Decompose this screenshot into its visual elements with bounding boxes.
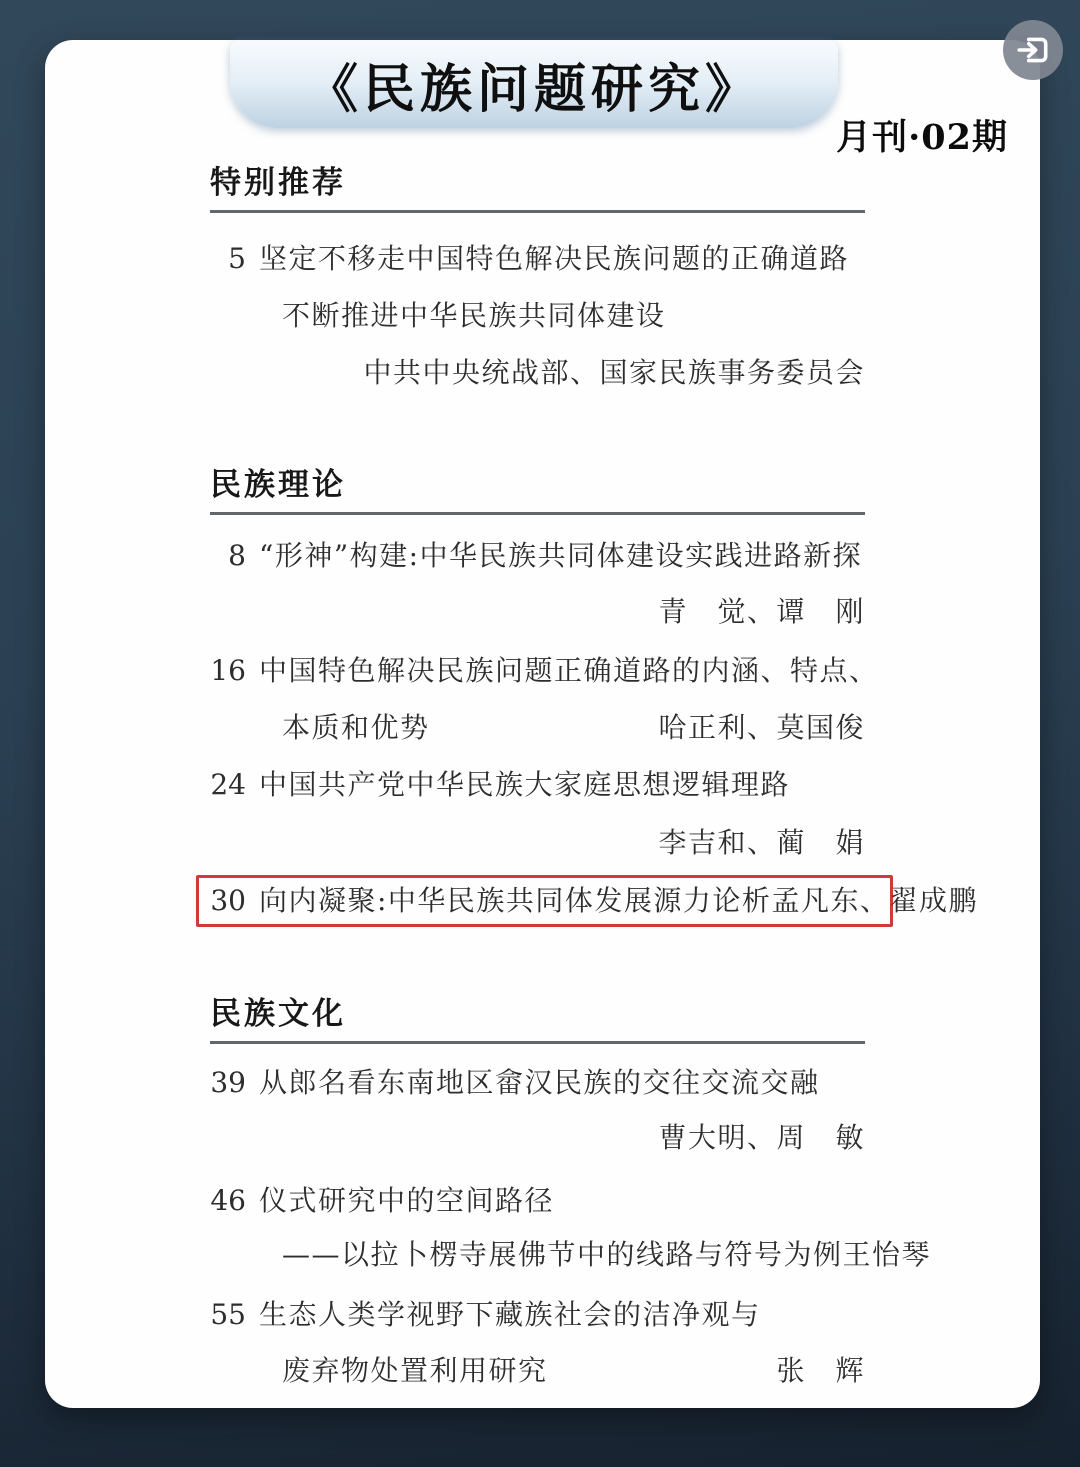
entry-page-number: 55: [210, 1300, 246, 1330]
entry-title-continued: ——以拉卜楞寺展佛节中的线路与符号为例: [210, 1240, 843, 1270]
entry-page-number: 5: [210, 244, 246, 274]
toc-entry: 8 “形神”构建:中华民族共同体建设实践进路新探: [210, 541, 865, 571]
entry-title: 中国共产党中华民族大家庭思想逻辑理路: [246, 770, 790, 800]
section-heading-special: 特别推荐: [210, 164, 865, 213]
entry-title-continued: 不断推进中华民族共同体建设: [210, 301, 865, 331]
entry-page-number: 46: [210, 1186, 246, 1216]
journal-title: 《民族问题研究》: [306, 47, 762, 122]
entry-authors: 张 辉: [776, 1356, 865, 1386]
entry-authors: 哈正利、莫国俊: [658, 713, 865, 743]
toc-entry-continued: ——以拉卜楞寺展佛节中的线路与符号为例 王怡琴: [210, 1240, 865, 1270]
entry-title-continued: 废弃物处置利用研究: [210, 1356, 548, 1386]
toc-entry: 55 生态人类学视野下藏族社会的洁净观与: [210, 1300, 865, 1330]
toc-content: 特别推荐 5 坚定不移走中国特色解决民族问题的正确道路 不断推进中华民族共同体建…: [210, 164, 865, 1386]
toc-entry-continued: 废弃物处置利用研究 张 辉: [210, 1356, 865, 1386]
entry-page-number: 24: [210, 770, 246, 800]
section-heading-theory: 民族理论: [210, 466, 865, 515]
entry-page-number: 39: [210, 1068, 246, 1098]
entry-page-number: 30: [210, 886, 246, 916]
entry-title-continued: 本质和优势: [210, 713, 430, 743]
journal-title-banner: 《民族问题研究》: [230, 40, 838, 128]
toc-entry-continued: 本质和优势 哈正利、莫国俊: [210, 713, 865, 743]
entry-authors: 青 觉、谭 刚: [210, 597, 865, 627]
entry-authors: 曹大明、周 敏: [210, 1123, 865, 1153]
toc-entry: 46 仪式研究中的空间路径: [210, 1186, 865, 1216]
entry-authors: 李吉和、蔺 娟: [210, 828, 865, 858]
toc-entry: 39 从郎名看东南地区畲汉民族的交往交流交融: [210, 1068, 865, 1098]
entry-title: “形神”构建:中华民族共同体建设实践进路新探: [246, 541, 862, 571]
entry-title: 仪式研究中的空间路径: [246, 1186, 554, 1216]
toc-page-card: 《民族问题研究》 月刊·02期 特别推荐 5 坚定不移走中国特色解决民族问题的正…: [45, 40, 1040, 1408]
entry-title: 中国特色解决民族问题正确道路的内涵、特点、: [246, 656, 879, 686]
enter-arrow-icon: [1015, 32, 1051, 68]
entry-authors: 中共中央统战部、国家民族事务委员会: [210, 358, 865, 388]
section-heading-culture: 民族文化: [210, 995, 865, 1044]
issue-label: 月刊·02期: [836, 110, 1008, 160]
entry-title: 坚定不移走中国特色解决民族问题的正确道路: [246, 244, 849, 274]
exit-reader-button[interactable]: [1003, 20, 1063, 80]
entry-authors: 王怡琴: [843, 1240, 932, 1270]
entry-page-number: 16: [210, 656, 246, 686]
toc-entry: 24 中国共产党中华民族大家庭思想逻辑理路: [210, 770, 865, 800]
entry-title: 向内凝聚:中华民族共同体发展源力论析: [246, 886, 771, 916]
entry-page-number: 8: [210, 541, 246, 571]
entry-authors: 孟凡东、翟成鹏: [771, 886, 978, 916]
entry-title: 从郎名看东南地区畲汉民族的交往交流交融: [246, 1068, 820, 1098]
toc-entry: 16 中国特色解决民族问题正确道路的内涵、特点、: [210, 656, 865, 686]
toc-entry: 5 坚定不移走中国特色解决民族问题的正确道路: [210, 244, 865, 274]
entry-title: 生态人类学视野下藏族社会的洁净观与: [246, 1300, 761, 1330]
highlighted-entry[interactable]: 30 向内凝聚:中华民族共同体发展源力论析 孟凡东、翟成鹏: [196, 875, 893, 927]
